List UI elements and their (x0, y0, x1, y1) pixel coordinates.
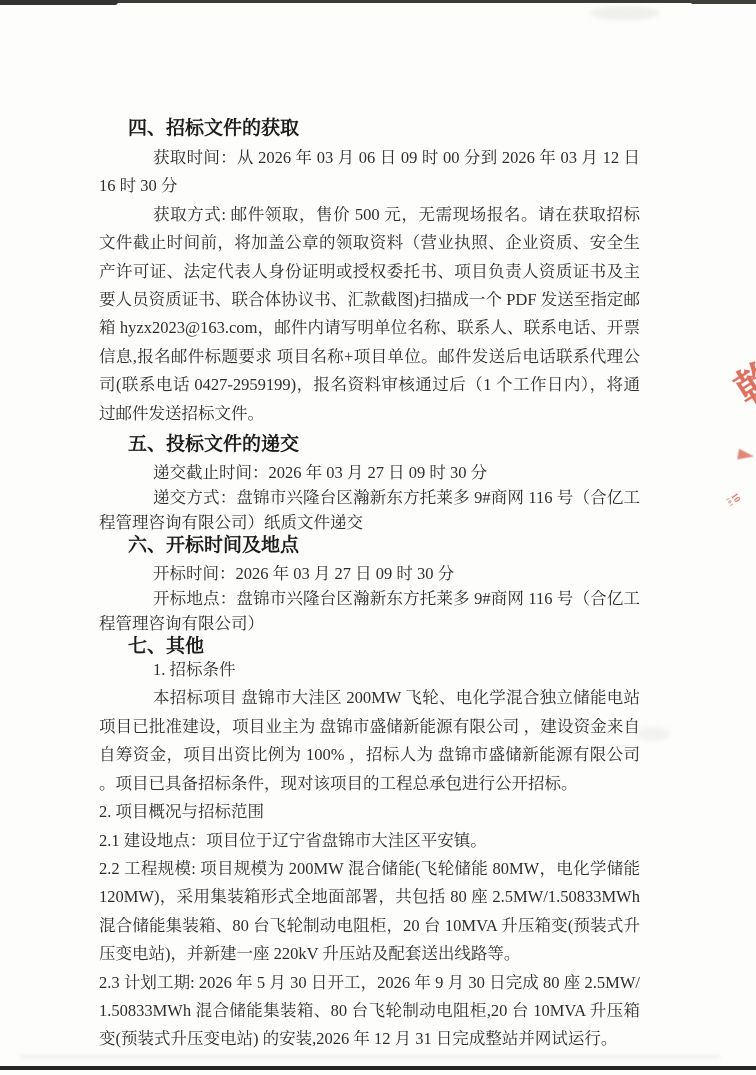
paragraph-obtain-time: 获取时间：从 2026 年 03 月 06 日 09 时 00 分到 2026 … (99, 144, 640, 201)
scan-edge-bottom (0, 1066, 756, 1070)
paragraph-submission-method: 递交方式：盘锦市兴隆台区瀚新东方托莱多 9#商网 116 号（合亿工程管理咨询有… (99, 485, 640, 535)
scan-smudge (20, 1055, 720, 1059)
paragraph-opening-time: 开标时间：2026 年 03 月 27 日 09 时 30 分 (99, 561, 640, 586)
red-stamp-fragment-icon: 乾 (729, 356, 756, 414)
red-stamp-tiny-text: 10 ¹⁰¹ (722, 492, 742, 511)
paragraph-submission-deadline: 递交截止时间：2026 年 03 月 27 日 09 时 30 分 (99, 460, 640, 485)
paragraph-obtain-method: 获取方式: 邮件领取，售价 500 元，无需现场报名。请在获取招标文件截止时间前… (99, 201, 640, 428)
section-heading-bid-submission: 五、投标文件的递交 (128, 430, 640, 460)
scanned-tender-notice-page: 四、招标文件的获取 获取时间：从 2026 年 03 月 06 日 09 时 0… (0, 0, 756, 1075)
scan-edge-top-right (690, 0, 756, 4)
section-heading-bid-opening: 六、开标时间及地点 (128, 531, 640, 561)
section-heading-bid-document-obtaining: 四、招标文件的获取 (128, 114, 640, 144)
paragraph-planned-schedule: 2.3 计划工期: 2026 年 5 月 30 日开工，2026 年 9 月 3… (99, 969, 640, 1054)
scan-edge-top-left (0, 0, 118, 5)
paragraph-tender-conditions: 本招标项目 盘锦市大洼区 200MW 飞轮、电化学混合独立储能电站项目已批准建设… (99, 684, 640, 798)
paragraph-tender-conditions-label: 1. 招标条件 (99, 656, 640, 684)
paragraph-opening-place: 开标地点：盘锦市兴隆台区瀚新东方托莱多 9#商网 116 号（合亿工程管理咨询有… (99, 586, 640, 636)
paragraph-project-scale: 2.2 工程规模: 项目规模为 200MW 混合储能(飞轮储能 80MW，电化学… (99, 855, 640, 969)
document-body: 四、招标文件的获取 获取时间：从 2026 年 03 月 06 日 09 时 0… (99, 112, 640, 1054)
scan-smudge (636, 727, 670, 741)
paragraph-construction-site: 2.1 建设地点：项目位于辽宁省盘锦市大洼区平安镇。 (99, 827, 640, 855)
scan-smudge (590, 6, 660, 20)
red-stamp-triangle-icon (737, 449, 755, 463)
paragraph-project-overview-label: 2. 项目概况与招标范围 (99, 798, 640, 826)
